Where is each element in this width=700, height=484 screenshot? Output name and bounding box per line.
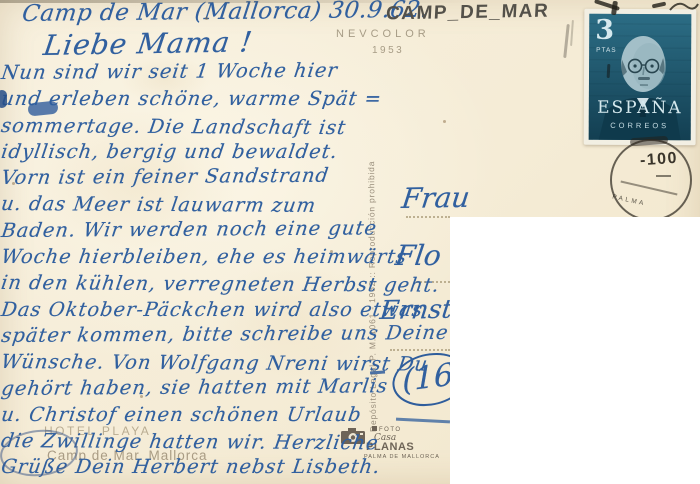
printer-brand-text: NEVCOLOR	[336, 28, 430, 40]
message-line: in den kühlen, verregneten Herbst geht.	[0, 271, 449, 300]
pencil-annotation: CAMP_DE_MAR	[385, 1, 549, 26]
message-line: Vorn ist ein feiner Sandstrand	[0, 163, 450, 192]
corner-pen-scribble	[668, 0, 700, 14]
postage-stamp: 3 PTAS ESPAÑA CORREOS	[584, 9, 697, 146]
cancellation-mark	[570, 20, 574, 46]
card-edge-shadow	[0, 0, 470, 3]
message-line: gehört haben, sie hatten mit Marlis	[0, 373, 450, 402]
message-line: u. Christof einen schönen Urlaub	[0, 403, 450, 429]
postmark-date: -100	[639, 150, 678, 171]
message-line: Woche hierbleiben, ehe es heimwärts	[0, 245, 450, 271]
message-line: Das Oktober-Päckchen wird also etwas	[0, 298, 450, 324]
redaction-box	[450, 217, 700, 484]
cancellation-mark	[563, 24, 569, 58]
message-body: Nun sind wir seit 1 Woche hier und erleb…	[3, 61, 450, 482]
dateline-handwriting: Camp de Mar (Mallorca) 30.9.62.	[21, 0, 431, 27]
message-line: idyllisch, bergig und bewaldet.	[0, 140, 450, 166]
stamp-currency: PTAS	[596, 47, 617, 54]
postcard-scan: NEVCOLOR 1953 Depósito Legal P. M. 1061 …	[0, 0, 700, 484]
ink-blot	[0, 90, 7, 108]
stamp-country: ESPAÑA	[589, 98, 691, 119]
printer-year-text: 1953	[372, 45, 404, 56]
message-line: und erleben schöne, warme Spät =	[0, 87, 450, 113]
message-line: später kommen, bitte schreibe uns Deine	[0, 321, 450, 350]
message-line: Nun sind wir seit 1 Woche hier	[0, 58, 450, 87]
stamp-service: CORREOS	[589, 121, 691, 131]
salutation-handwriting: Liebe Mama !	[41, 25, 254, 62]
stamp-artwork: 3 PTAS ESPAÑA CORREOS	[589, 14, 692, 141]
postmark-mark	[656, 175, 671, 177]
message-line: Baden. Wir werden noch eine gute	[0, 216, 450, 245]
scan-speck	[205, 17, 208, 20]
message-line: sommertage. Die Landschaft ist	[0, 114, 449, 143]
cancellation-mark	[652, 2, 667, 9]
stamp-denomination: 3	[595, 15, 614, 46]
